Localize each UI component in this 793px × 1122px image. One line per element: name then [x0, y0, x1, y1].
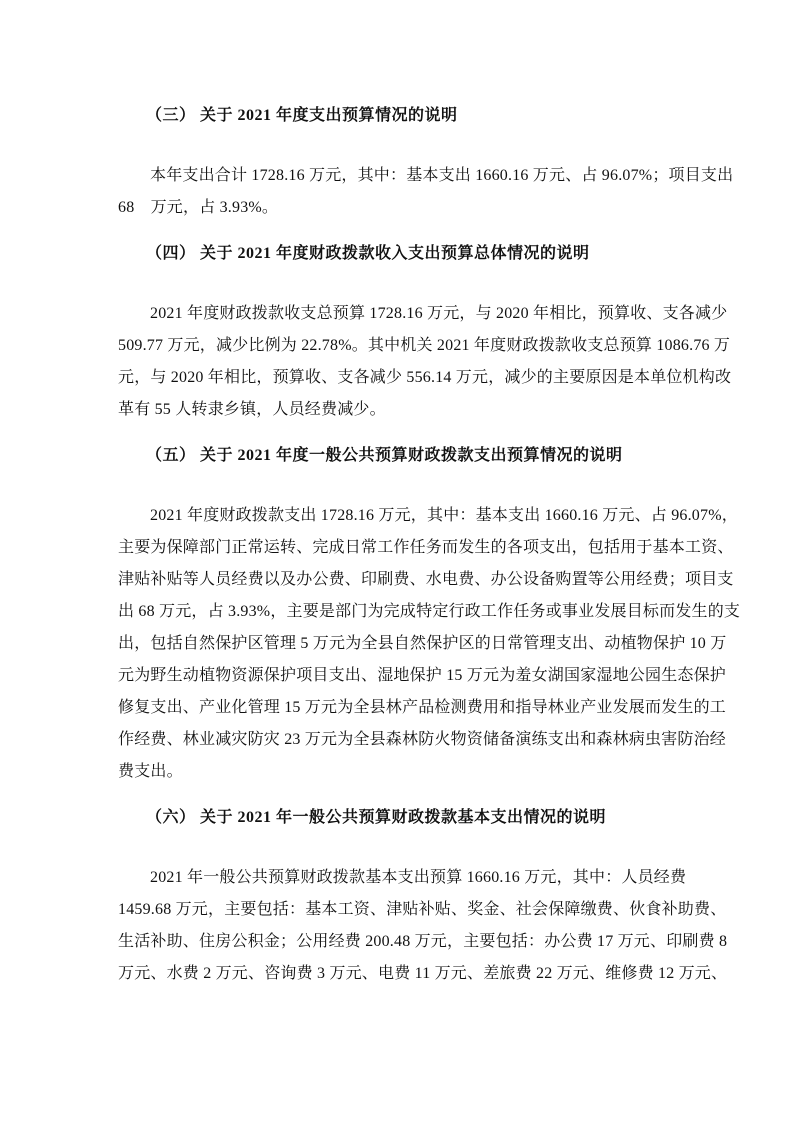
text-line: 1459.68 万元，主要包括：基本工资、津贴补贴、奖金、社会保障缴费、伙食补助…	[118, 894, 676, 926]
paragraph: 本年支出合计 1728.16 万元，其中：基本支出 1660.16 万元、占 9…	[118, 160, 676, 224]
section-heading: （五） 关于 2021 年度一般公共预算财政拨款支出预算情况的说明	[118, 440, 676, 472]
section-heading: （四） 关于 2021 年度财政拨款收入支出预算总体情况的说明	[118, 238, 676, 270]
text-line: 修复支出、产业化管理 15 万元为全县林产品检测费用和指导林业产业发展而发生的工	[118, 692, 676, 724]
text-line: 津贴补贴等人员经费以及办公费、印刷费、水电费、办公设备购置等公用经费；项目支	[118, 564, 676, 596]
text-line: 出 68 万元，占 3.93%，主要是部门为完成特定行政工作任务或事业发展目标而…	[118, 596, 676, 628]
text-line: 68 万元，占 3.93%。	[118, 192, 676, 224]
text-line: 2021 年一般公共预算财政拨款基本支出预算 1660.16 万元，其中：人员经…	[118, 862, 676, 894]
document-page: （三） 关于 2021 年度支出预算情况的说明本年支出合计 1728.16 万元…	[0, 0, 793, 1122]
text-line: 元为野生动植物资源保护项目支出、湿地保护 15 万元为羞女湖国家湿地公园生态保护	[118, 660, 676, 692]
paragraph: 2021 年度财政拨款收支总预算 1728.16 万元，与 2020 年相比，预…	[118, 298, 676, 426]
text-line: 元，与 2020 年相比，预算收、支各减少 556.14 万元，减少的主要原因是…	[118, 362, 676, 394]
document-content: （三） 关于 2021 年度支出预算情况的说明本年支出合计 1728.16 万元…	[118, 100, 676, 990]
paragraph: 2021 年一般公共预算财政拨款基本支出预算 1660.16 万元，其中：人员经…	[118, 862, 676, 990]
paragraph: 2021 年度财政拨款支出 1728.16 万元，其中：基本支出 1660.16…	[118, 500, 676, 788]
text-line: 本年支出合计 1728.16 万元，其中：基本支出 1660.16 万元、占 9…	[118, 160, 676, 192]
text-line: 2021 年度财政拨款支出 1728.16 万元，其中：基本支出 1660.16…	[118, 500, 676, 532]
text-line: 509.77 万元，减少比例为 22.78%。其中机关 2021 年度财政拨款收…	[118, 330, 676, 362]
text-line: 费支出。	[118, 756, 676, 788]
text-line: 作经费、林业减灾防灾 23 万元为全县森林防火物资储备演练支出和森林病虫害防治经	[118, 724, 676, 756]
text-line: 出，包括自然保护区管理 5 万元为全县自然保护区的日常管理支出、动植物保护 10…	[118, 628, 676, 660]
text-line: 主要为保障部门正常运转、完成日常工作任务而发生的各项支出，包括用于基本工资、	[118, 532, 676, 564]
section-heading: （六） 关于 2021 年一般公共预算财政拨款基本支出情况的说明	[118, 802, 676, 834]
text-line: 万元、水费 2 万元、咨询费 3 万元、电费 11 万元、差旅费 22 万元、维…	[118, 958, 676, 990]
text-line: 2021 年度财政拨款收支总预算 1728.16 万元，与 2020 年相比，预…	[118, 298, 676, 330]
section-heading: （三） 关于 2021 年度支出预算情况的说明	[118, 100, 676, 132]
text-line: 生活补助、住房公积金；公用经费 200.48 万元，主要包括：办公费 17 万元…	[118, 926, 676, 958]
text-line: 革有 55 人转隶乡镇，人员经费减少。	[118, 394, 676, 426]
